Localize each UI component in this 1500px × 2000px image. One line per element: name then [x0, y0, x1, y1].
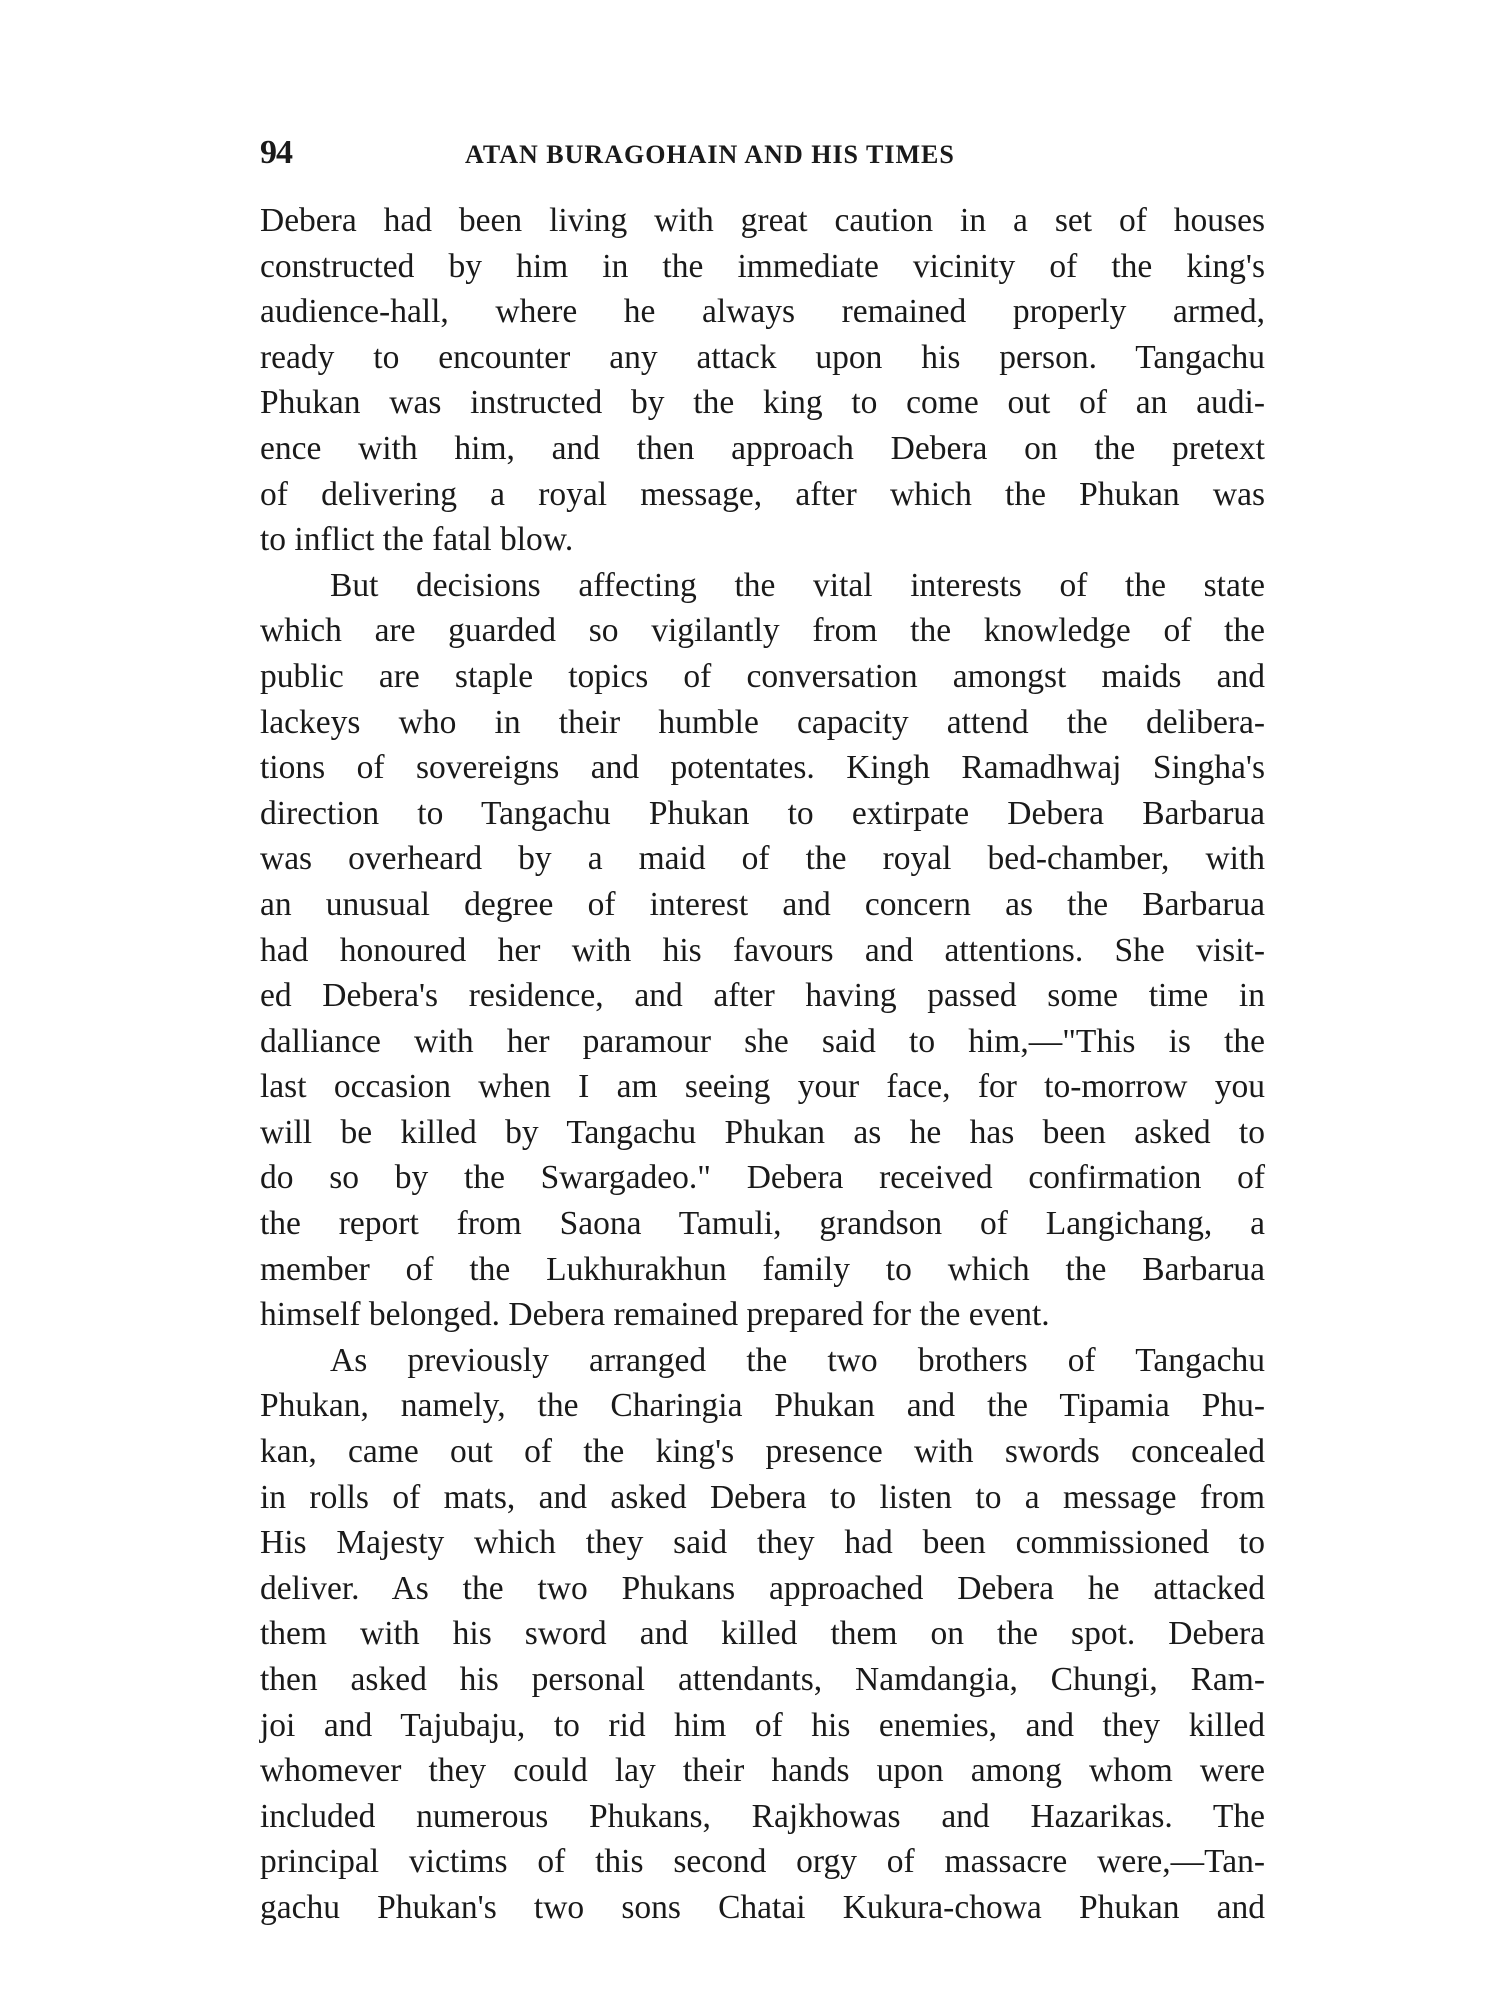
text-line: whomever they could lay their hands upon…: [260, 1748, 1265, 1794]
paragraph-3: As previously arranged the two brothers …: [260, 1338, 1265, 1931]
text-line: will be killed by Tangachu Phukan as he …: [260, 1110, 1265, 1156]
text-line: His Majesty which they said they had bee…: [260, 1520, 1265, 1566]
text-line: direction to Tangachu Phukan to extirpat…: [260, 791, 1265, 837]
text-line: dalliance with her paramour she said to …: [260, 1019, 1265, 1065]
text-line: then asked his personal attendants, Namd…: [260, 1657, 1265, 1703]
running-title: ATAN BURAGOHAIN AND HIS TIMES: [465, 140, 955, 170]
text-line: tions of sovereigns and potentates. King…: [260, 745, 1265, 791]
paragraph-2: But decisions affecting the vital intere…: [260, 563, 1265, 1338]
text-line: ence with him, and then approach Debera …: [260, 426, 1265, 472]
text-line: do so by the Swargadeo." Debera received…: [260, 1155, 1265, 1201]
text-line: principal victims of this second orgy of…: [260, 1839, 1265, 1885]
text-line: had honoured her with his favours and at…: [260, 928, 1265, 974]
text-line: last occasion when I am seeing your face…: [260, 1064, 1265, 1110]
text-line: Phukan was instructed by the king to com…: [260, 380, 1265, 426]
text-line: Phukan, namely, the Charingia Phukan and…: [260, 1383, 1265, 1429]
text-line: to inflict the fatal blow.: [260, 517, 1265, 563]
text-line: lackeys who in their humble capacity att…: [260, 700, 1265, 746]
paragraph-1: Debera had been living with great cautio…: [260, 198, 1265, 563]
text-line: in rolls of mats, and asked Debera to li…: [260, 1475, 1265, 1521]
text-line: joi and Tajubaju, to rid him of his enem…: [260, 1703, 1265, 1749]
text-line: public are staple topics of conversation…: [260, 654, 1265, 700]
text-line: audience-hall, where he always remained …: [260, 289, 1265, 335]
book-page: 94 ATAN BURAGOHAIN AND HIS TIMES Debera …: [260, 130, 1265, 1931]
text-line: of delivering a royal message, after whi…: [260, 472, 1265, 518]
text-line: ed Debera's residence, and after having …: [260, 973, 1265, 1019]
text-line: But decisions affecting the vital intere…: [260, 563, 1265, 609]
text-line: Debera had been living with great cautio…: [260, 198, 1265, 244]
text-line: gachu Phukan's two sons Chatai Kukura-ch…: [260, 1885, 1265, 1931]
text-line: himself belonged. Debera remained prepar…: [260, 1292, 1265, 1338]
text-line: As previously arranged the two brothers …: [260, 1338, 1265, 1384]
text-line: them with his sword and killed them on t…: [260, 1611, 1265, 1657]
text-line: constructed by him in the immediate vici…: [260, 244, 1265, 290]
text-line: member of the Lukhurakhun family to whic…: [260, 1247, 1265, 1293]
text-line: ready to encounter any attack upon his p…: [260, 335, 1265, 381]
text-line: kan, came out of the king's presence wit…: [260, 1429, 1265, 1475]
text-line: included numerous Phukans, Rajkhowas and…: [260, 1794, 1265, 1840]
text-line: was overheard by a maid of the royal bed…: [260, 836, 1265, 882]
page-number: 94: [260, 134, 292, 172]
body-text: Debera had been living with great cautio…: [260, 198, 1265, 1931]
text-line: which are guarded so vigilantly from the…: [260, 608, 1265, 654]
text-line: the report from Saona Tamuli, grandson o…: [260, 1201, 1265, 1247]
running-head: 94 ATAN BURAGOHAIN AND HIS TIMES: [260, 130, 1265, 170]
text-line: an unusual degree of interest and concer…: [260, 882, 1265, 928]
text-line: deliver. As the two Phukans approached D…: [260, 1566, 1265, 1612]
